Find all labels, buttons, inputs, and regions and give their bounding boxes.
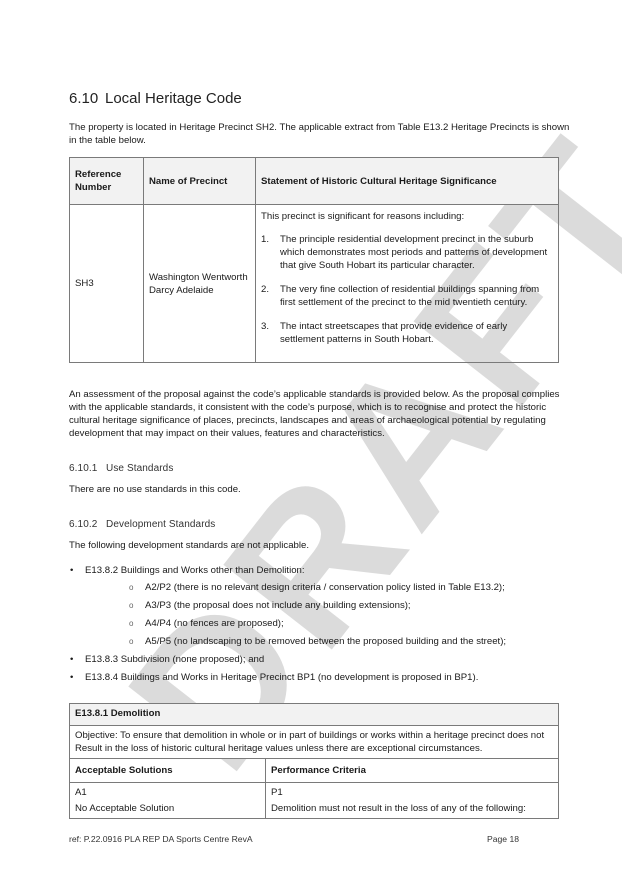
- header-acceptable-solutions: Acceptable Solutions: [70, 759, 266, 783]
- sub-list-item: oA4/P4 (no fences are proposed);: [85, 617, 574, 630]
- statement-intro: This precinct is significant for reasons…: [261, 210, 553, 223]
- bullet-icon: •: [70, 671, 73, 684]
- development-standards-heading: 6.10.2Development Standards: [69, 519, 215, 530]
- intro-paragraph: The property is located in Heritage Prec…: [69, 121, 574, 147]
- sub-list-item-text: A3/P3 (the proposal does not include any…: [145, 600, 411, 611]
- table-header-row: Reference Number Name of Precinct Statem…: [70, 158, 559, 205]
- use-standards-heading: 6.10.1Use Standards: [69, 463, 173, 474]
- sub-list-item-text: A2/P2 (there is no relevant design crite…: [145, 582, 505, 593]
- use-standards-text: There are no use standards in this code.: [69, 483, 574, 496]
- reason-item: 1.The principle residential development …: [261, 233, 553, 272]
- sub-list-item-text: A4/P4 (no fences are proposed);: [145, 618, 284, 629]
- demolition-title-row: E13.8.1 Demolition: [70, 704, 559, 726]
- list-item-text: E13.8.4 Buildings and Works in Heritage …: [85, 672, 478, 683]
- acceptable-solution-label: A1: [75, 786, 260, 799]
- subsection-title: Use Standards: [106, 463, 173, 474]
- hollow-bullet-icon: o: [129, 617, 133, 630]
- section-title: Local Heritage Code: [105, 90, 242, 107]
- section-number: 6.10: [69, 90, 105, 107]
- not-applicable-list: • E13.8.2 Buildings and Works other than…: [69, 564, 574, 689]
- sub-list-item: oA3/P3 (the proposal does not include an…: [85, 599, 574, 612]
- list-item-text: E13.8.3 Subdivision (none proposed); and: [85, 654, 264, 665]
- objective-text: Objective: To ensure that demolition in …: [70, 726, 559, 759]
- table-row: SH3 Washington Wentworth Darcy Adelaide …: [70, 205, 559, 363]
- performance-criteria-text: Demolition must not result in the loss o…: [271, 802, 553, 815]
- heritage-precinct-table: Reference Number Name of Precinct Statem…: [69, 157, 559, 363]
- hollow-bullet-icon: o: [129, 599, 133, 612]
- bullet-icon: •: [70, 564, 73, 577]
- hollow-bullet-icon: o: [129, 635, 133, 648]
- list-item: • E13.8.2 Buildings and Works other than…: [69, 564, 574, 648]
- reason-number: 3.: [261, 320, 280, 346]
- table-row: A1 No Acceptable Solution P1 Demolition …: [70, 783, 559, 819]
- header-performance-criteria: Performance Criteria: [266, 759, 559, 783]
- subsection-number: 6.10.1: [69, 463, 106, 474]
- header-statement: Statement of Historic Cultural Heritage …: [256, 158, 559, 205]
- acceptable-solution-text: No Acceptable Solution: [75, 802, 260, 815]
- hollow-bullet-icon: o: [129, 581, 133, 594]
- reason-item: 3.The intact streetscapes that provide e…: [261, 320, 553, 346]
- demolition-title: E13.8.1 Demolition: [70, 704, 559, 726]
- reason-number: 1.: [261, 233, 280, 272]
- cell-precinct-name: Washington Wentworth Darcy Adelaide: [144, 205, 256, 363]
- section-heading: 6.10Local Heritage Code: [69, 90, 242, 107]
- development-standards-text: The following development standards are …: [69, 539, 574, 552]
- header-name-of-precinct: Name of Precinct: [144, 158, 256, 205]
- subsection-title: Development Standards: [106, 519, 215, 530]
- performance-criteria-cell: P1 Demolition must not result in the los…: [266, 783, 559, 819]
- header-reference-number: Reference Number: [70, 158, 144, 205]
- list-item: • E13.8.3 Subdivision (none proposed); a…: [69, 653, 574, 666]
- demolition-table: E13.8.1 Demolition Objective: To ensure …: [69, 703, 559, 819]
- reason-text: The very fine collection of residential …: [280, 283, 553, 309]
- column-header-row: Acceptable Solutions Performance Criteri…: [70, 759, 559, 783]
- reason-text: The principle residential development pr…: [280, 233, 553, 272]
- document-page: DRAFT 6.10Local Heritage Code The proper…: [0, 0, 622, 879]
- sub-list-item: oA2/P2 (there is no relevant design crit…: [85, 581, 574, 594]
- footer-reference: ref: P.22.0916 PLA REP DA Sports Centre …: [69, 834, 253, 844]
- reason-number: 2.: [261, 283, 280, 309]
- cell-reference: SH3: [70, 205, 144, 363]
- assessment-paragraph: An assessment of the proposal against th…: [69, 388, 574, 440]
- performance-criteria-label: P1: [271, 786, 553, 799]
- reason-item: 2.The very fine collection of residentia…: [261, 283, 553, 309]
- subsection-number: 6.10.2: [69, 519, 106, 530]
- acceptable-solution-cell: A1 No Acceptable Solution: [70, 783, 266, 819]
- sub-list-item: oA5/P5 (no landscaping to be removed bet…: [85, 635, 574, 648]
- sub-list: oA2/P2 (there is no relevant design crit…: [85, 581, 574, 648]
- sub-list-item-text: A5/P5 (no landscaping to be removed betw…: [145, 636, 506, 647]
- cell-statement: This precinct is significant for reasons…: [256, 205, 559, 363]
- reasons-list: 1.The principle residential development …: [261, 233, 553, 346]
- objective-row: Objective: To ensure that demolition in …: [70, 726, 559, 759]
- list-item: • E13.8.4 Buildings and Works in Heritag…: [69, 671, 574, 684]
- footer-page-number: Page 18: [487, 834, 519, 844]
- list-item-text: E13.8.2 Buildings and Works other than D…: [85, 565, 305, 576]
- reason-text: The intact streetscapes that provide evi…: [280, 320, 553, 346]
- bullet-icon: •: [70, 653, 73, 666]
